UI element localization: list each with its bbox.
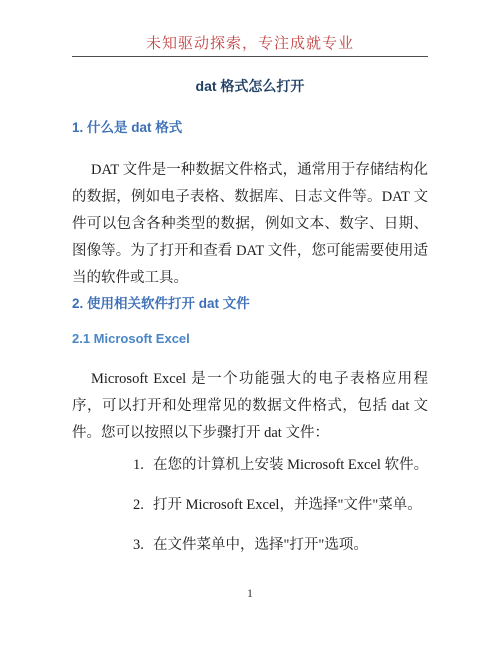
list-item-number: 3. (133, 532, 153, 559)
list-item-number: 1. (133, 452, 153, 479)
section-1-heading: 1. 什么是 dat 格式 (72, 118, 428, 137)
list-item-text: 在文件菜单中，选择"打开"选项。 (153, 537, 368, 553)
list-item-text: 在您的计算机上安装 Microsoft Excel 软件。 (153, 457, 428, 473)
list-item: 1.在您的计算机上安装 Microsoft Excel 软件。 (133, 452, 428, 479)
section-2-subheading: 2.1 Microsoft Excel (72, 329, 428, 348)
list-item: 3.在文件菜单中，选择"打开"选项。 (133, 532, 428, 559)
list-item-number: 2. (133, 492, 153, 519)
list-item: 2.打开 Microsoft Excel，并选择"文件"菜单。 (133, 492, 428, 519)
section-1-paragraph: DAT 文件是一种数据文件格式，通常用于存储结构化的数据，例如电子表格、数据库、… (72, 157, 428, 292)
page-header: 未知驱动探索，专注成就专业 (72, 0, 428, 57)
steps-list: 1.在您的计算机上安装 Microsoft Excel 软件。 2.打开 Mic… (72, 452, 428, 559)
section-2-heading: 2. 使用相关软件打开 dat 文件 (72, 294, 428, 313)
list-item-text: 打开 Microsoft Excel，并选择"文件"菜单。 (153, 497, 422, 513)
section-2-paragraph: Microsoft Excel 是一个功能强大的电子表格应用程序，可以打开和处理… (72, 366, 428, 447)
document-title: dat 格式怎么打开 (72, 76, 428, 96)
page-number: 1 (0, 586, 500, 601)
header-slogan: 未知驱动探索，专注成就专业 (72, 34, 428, 54)
document-page: 未知驱动探索，专注成就专业 dat 格式怎么打开 1. 什么是 dat 格式 D… (0, 0, 500, 647)
